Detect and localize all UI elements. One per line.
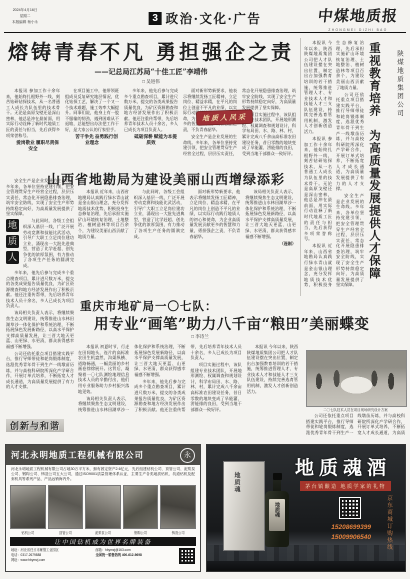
masthead-subtitle: ZHONGMEI DIZHI BAO: [318, 28, 398, 32]
bottle-body: 地质魂: [265, 491, 289, 547]
article1-byline: □ 吴进伟: [6, 79, 296, 85]
seal-icon: 人: [6, 251, 19, 264]
masthead: 中煤地质报 ZHONGMEI DIZHI BAO: [318, 5, 398, 32]
body-text: 本报讯 今年以来，陕西陕煤地质集团公司把人才队伍建设摆在突出位置，制定出台加强教…: [247, 344, 298, 394]
ad-machinery-company: 河北永明地质工程机械有限公司: [11, 449, 176, 461]
page-number-box: 3: [149, 12, 162, 25]
ad-machinery-photos: 钻机公司 顶管公司 泥浆泵公司 钢构公司 铸造公司: [10, 485, 196, 535]
section-title: 政治·文化·广告: [166, 9, 262, 27]
body-text: 多年来，他先后参与完成多个重点勘查项目，累计进尺数万米，提交的各类成果报告质量优…: [6, 270, 74, 309]
innovation-badge: 创新与和谐: [6, 419, 64, 432]
ad-photo-item: 铸造公司: [160, 485, 196, 535]
machinery-photo: [10, 485, 46, 529]
body-text: 该局相关负责人表示，将继续聚焦生态文明建设，统筹推进山水林田湖草沙一体化保护和系…: [6, 310, 74, 349]
ad-liquor-phones: 15208699399 15009906540: [331, 523, 371, 543]
bottle-cap: [273, 473, 282, 480]
machinery-photo: [123, 485, 159, 529]
contact-website: 网址：www.hbymzj.com: [11, 558, 90, 563]
section-header: 3 政治·文化·广告: [149, 9, 262, 27]
sidebar-article: 本报讯 今年以来，陕西陕煤地质集团公司把人才队伍建设摆在突出位置，制定出台加强教…: [300, 38, 406, 296]
chongqing-kicker: 重庆市地矿局一〇七队：: [80, 298, 218, 314]
ad-machinery-header: 河北永明地质工程机械有限公司 永: [6, 445, 200, 465]
phone-number: 15208699399: [331, 523, 371, 533]
left-column: 安全生产是企业发展的生命线。多年来，各单位坚持党建引领，把安全管理贯穿生产经营全…: [6, 178, 74, 416]
body-text: 面对新形势新要求，他表示将继续发扬工匠精神，立足岗位、精益求精，在平凡的岗位上创…: [190, 189, 241, 239]
ad-machinery-footer: 地址：河北省任丘市雁翎工业园区 电话：0317-2679888 网址：www.h…: [11, 548, 195, 564]
bottle-label-text: 地质魂: [274, 502, 281, 517]
liquor-gift-box: 地质魂: [223, 461, 265, 551]
ad-photo-item: 钻机公司: [10, 485, 46, 535]
contact-phone: 电话：0317-2679888: [11, 553, 90, 558]
photo-caption: 钢构公司: [123, 530, 159, 535]
gift-box-label: 地质魂: [232, 472, 241, 493]
photo-caption: 铸造公司: [160, 530, 196, 535]
sidebar-body: 本报讯 今年以来，陕西陕煤地质集团公司把人才队伍建设摆在突出位置，制定出台加强教…: [304, 40, 364, 294]
chongqing-photo: [306, 350, 407, 407]
article1-subhead-3: 砥砺深耕 赋能为本提质效: [124, 134, 178, 146]
contact-address: 地址：河北省任丘市雁翎工业园区: [11, 548, 90, 553]
ad-machinery-contacts: 地址：河北省任丘市雁翎工业园区 电话：0317-2679888 网址：www.h…: [11, 548, 174, 563]
photo-caption: 顶管公司: [48, 530, 84, 535]
machinery-photo: [160, 485, 196, 529]
body-text: 公司还依托重点项目搭建实践平台，推行导师带徒和轮岗锻炼制度，选派优秀青年骨干到生…: [306, 413, 405, 440]
ad-photo-item: 顶管公司: [48, 485, 84, 535]
chongqing-byline: □ 李诗兰: [80, 334, 320, 340]
photo-caption: 钻机公司: [10, 530, 46, 535]
article1-subtitle: ——记总局江苏局“十佳工匠”李靖伟: [6, 67, 296, 77]
newspaper-page: 2024年4月16日 星期二 本版编辑 杨小永 3 政治·文化·广告 中煤地质报…: [0, 0, 410, 579]
sidebar-vertical-headline: 重视教育培养 为高质量发展提供人才保障: [367, 42, 383, 294]
date-block: 2024年4月16日 星期二 本版编辑 杨小永: [12, 8, 38, 25]
seal-icon: 地: [6, 219, 19, 232]
ad-machinery-slogan: 让中国钻机成为世界名牌装备: [10, 537, 196, 546]
body-text: 与此同时，各级工会组织深入基层一线，广泛开展劳动竞赛和技能比武活动，引导广大职工…: [134, 189, 185, 239]
body-text: 本报讯 今年以来，陕西陕煤地质集团公司把人才队伍建设摆在突出位置，制定出台加强教…: [304, 40, 332, 135]
machinery-photo: [85, 485, 121, 529]
body-text: 本报讯 参加工作十余年来，他始终扎根野外一线，刻苦钻研钻探技术，从一名普通工人成…: [304, 136, 332, 242]
chongqing-body: 本报讯 初夏时节，行走在田间地头，连片的高标准农田生机盎然，沟渠纵横、道路畅通，…: [78, 344, 298, 440]
page-header: 2024年4月16日 星期二 本版编辑 杨小永 3 政治·文化·广告 中煤地质报…: [4, 2, 406, 33]
date-line: 2024年4月16日: [12, 8, 38, 14]
body-text: 该局相关负责人表示，将继续聚焦生态文明建设，统筹推进山水林田湖草沙一体化保护和系…: [245, 189, 296, 239]
order-hotline-vertical: 京东商城订购热线: [385, 495, 393, 551]
phone-number: 15009906540: [331, 533, 371, 543]
article1-subhead-2: 苦干争先 奋勇践行创业理念: [65, 134, 119, 146]
ad-liquor: 地质魂 地质魂 地质魂酒 茅台镇酿造 地质学家的礼物 京东商城订购热线 1520…: [206, 444, 406, 572]
sales-hotline: 全国统一销售热线 400-612-9698: [96, 553, 175, 558]
machinery-photo: [48, 485, 84, 529]
shanxi-body: 本报讯 近年来，山西省地勘局认真践行绿水青山就是金山银山理念，充分发挥地质技术优…: [78, 189, 296, 293]
chongqing-headline: 用专业“画笔”助力八千亩“粮田”美丽蝶变: [94, 313, 369, 334]
ad-liquor-title: 地质魂酒: [295, 453, 391, 480]
masthead-title: 中煤地质报: [317, 5, 399, 26]
bottle-label: 地质魂: [269, 499, 285, 531]
ad-photo-item: 钢构公司: [123, 485, 159, 535]
body-text: 公司还依托重点项目搭建实践平台，推行导师带徒和轮岗锻炼制度，选派优秀青年骨干到生…: [336, 92, 364, 192]
shanxi-headline: 山西省地勘局为建设美丽山西增绿添彩: [40, 169, 292, 188]
qr-code: [339, 497, 361, 519]
article1-subhead-1: 爱岗敬业 履职尽责保安全: [6, 140, 60, 152]
seal-icon-group: 地 质 人: [6, 219, 21, 267]
bottle-neck: [273, 480, 281, 491]
chongqing-body-right: 公司还依托重点项目搭建实践平台，推行导师带徒和轮岗锻炼制度，选派优秀青年骨干到生…: [306, 413, 405, 440]
body-text: 本报讯 初夏时节，行走在田间地头，连片的高标准农田生机盎然，沟渠纵横、道路畅通，…: [78, 344, 129, 394]
body-text: 公司还依托重点项目搭建实践平台，推行导师带徒和轮岗锻炼制度，选派优秀青年骨干到生…: [6, 351, 74, 390]
body-text: 在项目施工中，他带领班组成员反复研究地层情况，优化钻探工艺，解决了一个又一个技术…: [65, 88, 119, 133]
water-graphic: [207, 561, 405, 571]
ad-liquor-subtitle: 茅台镇酿造 地质学家的礼物: [300, 481, 391, 491]
contact-email: 邮箱：hbymzj@163.com: [96, 548, 175, 553]
liquor-bottle: 地质魂: [265, 473, 289, 551]
photo-caption: 泥浆泵公司: [85, 530, 121, 535]
body-text: 本报讯 近年来，山西省地勘局认真践行绿水青山就是金山银山理念，充分发挥地质技术优…: [78, 189, 129, 239]
chongqing-photo-caption: 二〇七队技术人员在项目现场研究设计方案: [306, 407, 405, 412]
ad-photo-item: 泥浆泵公司: [85, 485, 121, 535]
qr-code: [179, 548, 195, 564]
body-text: 本报讯 参加工作十余年来，他始终扎根野外一线，刻苦钻研钻探技术，从一名普通工人成…: [6, 88, 60, 138]
shanxi-author: （连刚）: [245, 241, 296, 247]
red-stamp-label: 地质人风采: [197, 110, 252, 125]
sidebar-eyebrow: 陕煤地质集团公司: [396, 50, 405, 118]
seal-icon: 质: [6, 235, 19, 248]
body-text: 安全生产是企业发展的生命线。多年来，各单位坚持党建引领，把安全管理贯穿生产经营全…: [336, 193, 364, 288]
ad-machinery: 河北永明地质工程机械有限公司 永 河北永明地质工程机械有限公司占地30万平方米，…: [5, 444, 201, 572]
editor-line: 本版编辑 杨小永: [12, 20, 38, 26]
body-text: 项目实施过程中，该队组建专业技术团队，开展地形测绘、权属调查和规划设计，科学布局…: [191, 362, 242, 412]
article1-headline: 熔铸青春不凡 勇担强企之责: [6, 36, 296, 65]
ad-machinery-desc: 河北永明地质工程机械有限公司占地30万平方米，拥有固定资产2.6亿元，先后组建钻…: [11, 467, 195, 483]
body-text: 多年来，他先后参与完成多个重点勘查项目，累计进尺数万米，提交的各类成果报告质量优…: [124, 88, 178, 133]
company-logo-icon: 永: [180, 448, 195, 463]
